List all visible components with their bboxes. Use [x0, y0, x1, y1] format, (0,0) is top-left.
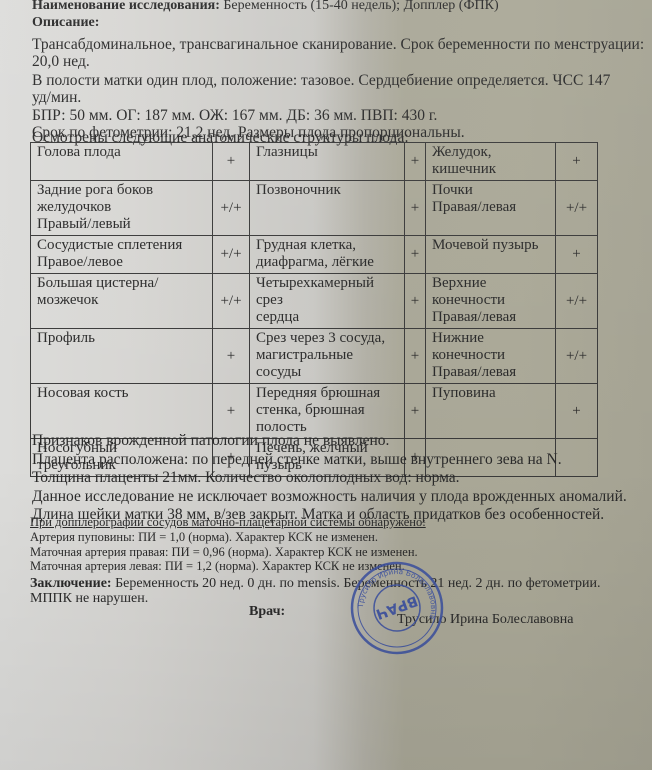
description-line: 20,0 нед.	[32, 53, 90, 71]
structure-name: Голова плода	[31, 143, 213, 181]
structure-value: +	[405, 181, 426, 236]
finding-line: Плацента расположена: по передней стенке…	[32, 451, 562, 469]
structure-name: Глазницы	[250, 143, 405, 181]
study-line: Наименование исследования: Беременность …	[32, 0, 499, 15]
structure-name: Четырехкамерный срез сердца	[250, 274, 405, 329]
table-row: Профиль+Срез через 3 сосуда, магистральн…	[31, 329, 598, 384]
structure-name: Позвоночник	[250, 181, 405, 236]
structure-value: +/+	[213, 274, 250, 329]
structure-value: +	[405, 143, 426, 181]
structure-value: +	[213, 384, 250, 439]
study-label: Наименование исследования:	[32, 0, 220, 13]
finding-line: Толщина плаценты 21мм. Количество околоп…	[32, 469, 460, 487]
structure-value: +/+	[213, 181, 250, 236]
description-label: Описание:	[32, 14, 99, 32]
table-row: Задние рога боков желудочков Правый/левы…	[31, 181, 598, 236]
finding-line: Признаков врожденной патологии плода не …	[32, 432, 389, 450]
description-line: БПР: 50 мм. ОГ: 187 мм. ОЖ: 167 мм. ДБ: …	[32, 107, 437, 125]
structure-name: Большая цистерна/ мозжечок	[31, 274, 213, 329]
doppler-line: Маточная артерия правая: ПИ = 0,96 (норм…	[30, 545, 418, 560]
structure-name: Сосудистые сплетения Правое/левое	[31, 236, 213, 274]
structure-name: Пуповина	[426, 384, 556, 439]
structure-name: Передняя брюшная стенка, брюшная полость	[250, 384, 405, 439]
structure-name: Почки Правая/левая	[426, 181, 556, 236]
structure-name: Желудок, кишечник	[426, 143, 556, 181]
description-line: В полости матки один плод, положение: та…	[32, 72, 610, 90]
stamp-center-text: ВРАЧ	[374, 592, 420, 622]
structure-value: +/+	[556, 329, 598, 384]
finding-line: Данное исследование не исключает возможн…	[32, 488, 627, 506]
structure-value: +/+	[213, 236, 250, 274]
structure-name: Срез через 3 сосуда, магистральные сосуд…	[250, 329, 405, 384]
structure-name: Верхние конечности Правая/левая	[426, 274, 556, 329]
structure-value: +	[405, 329, 426, 384]
structure-name: Мочевой пузырь	[426, 236, 556, 274]
doctor-label: Врач:	[249, 603, 285, 621]
conclusion-text2: МППК не нарушен.	[30, 590, 148, 608]
structure-value: +	[405, 236, 426, 274]
structure-value: +	[213, 329, 250, 384]
structure-name: Задние рога боков желудочков Правый/левы…	[31, 181, 213, 236]
structure-name: Нижние конечности Правая/левая	[426, 329, 556, 384]
stamp-seal: Трусило Ирина Болеславовна ВРАЧ	[349, 560, 445, 656]
study-value: Беременность (15-40 недель); Допплер (ФП…	[223, 0, 498, 13]
structure-value: +	[213, 143, 250, 181]
structure-value: +/+	[556, 181, 598, 236]
structure-name: Носовая кость	[31, 384, 213, 439]
structure-value: +	[405, 384, 426, 439]
structure-value: +	[556, 236, 598, 274]
structure-value	[556, 439, 598, 477]
description-line: уд/мин.	[32, 89, 81, 107]
table-row: Сосудистые сплетения Правое/левое+/+Груд…	[31, 236, 598, 274]
structure-name: Профиль	[31, 329, 213, 384]
structure-value: +/+	[556, 274, 598, 329]
table-row: Голова плода+Глазницы+Желудок, кишечник+	[31, 143, 598, 181]
structure-value: +	[556, 143, 598, 181]
anatomy-table: Голова плода+Глазницы+Желудок, кишечник+…	[30, 142, 598, 477]
structure-value: +	[556, 384, 598, 439]
table-row: Носовая кость+Передняя брюшная стенка, б…	[31, 384, 598, 439]
description-line: Трансабдоминальное, трансвагинальное ска…	[32, 36, 644, 54]
doppler-heading: При допплерографии сосудов маточно-плаце…	[30, 515, 426, 530]
structure-value: +	[405, 274, 426, 329]
conclusion-label: Заключение:	[30, 576, 112, 591]
table-row: Большая цистерна/ мозжечок+/+Четырехкаме…	[31, 274, 598, 329]
doppler-line: Артерия пуповины: ПИ = 1,0 (норма). Хара…	[30, 530, 378, 545]
structure-name: Грудная клетка, диафрагма, лёгкие	[250, 236, 405, 274]
document-page: Наименование исследования: Беременность …	[0, 0, 652, 770]
